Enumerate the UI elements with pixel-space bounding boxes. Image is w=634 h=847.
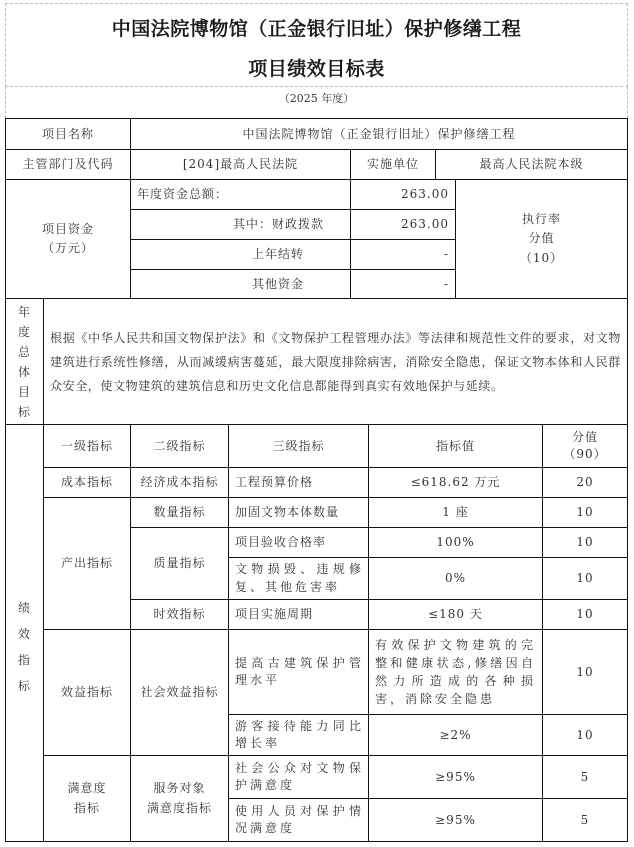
table-row-level3: 使用人员对保护情况满意度 <box>228 798 369 842</box>
impl-unit-value: 最高人民法院本级 <box>435 149 628 180</box>
cell-text: 0% <box>445 569 466 588</box>
cell-text: 1 座 <box>442 503 468 522</box>
level1-cost: 成本指标 <box>43 467 131 498</box>
label-text: 年度资金总额： <box>137 185 228 204</box>
cell-text: 10 <box>576 533 593 552</box>
header-level3: 三级指标 <box>228 424 369 468</box>
cell-text: 10 <box>576 605 593 624</box>
header-text: 一级指标 <box>61 437 113 456</box>
label-text: 项目名称 <box>42 125 94 144</box>
cell-text: 社会公众对文物保护满意度 <box>235 760 364 795</box>
impl-unit-label: 实施单位 <box>350 149 436 180</box>
header-text: 三级指标 <box>272 437 324 456</box>
table-row-score: 5 <box>542 798 628 842</box>
cell-text: 社会效益指标 <box>140 683 218 702</box>
table-row-score: 10 <box>542 599 628 630</box>
label-text: 其他资金 <box>252 275 304 294</box>
document-title: 中国法院博物馆（正金银行旧址）保护修缮工程 <box>6 14 627 41</box>
cell-text: ≥95% <box>435 811 476 830</box>
table-row-value: ≤618.62 万元 <box>368 467 543 498</box>
cell-text: 10 <box>576 503 593 522</box>
table-row-value: ≥95% <box>368 798 543 842</box>
cell-text: 文物损毁、违规修复、其他危害率 <box>235 561 364 596</box>
level1-output: 产出指标 <box>43 497 131 630</box>
document-subtitle: 项目绩效目标表 <box>6 54 627 81</box>
cell-text: ≤180 天 <box>428 605 483 624</box>
cell-text: 时效指标 <box>153 605 205 624</box>
table-row-value: ≤180 天 <box>368 599 543 630</box>
cell-text: 游客接待能力同比增长率 <box>235 718 364 753</box>
cell-text: 10 <box>576 663 593 682</box>
level1-benefit: 效益指标 <box>43 629 131 756</box>
cell-text: 项目实施周期 <box>235 605 313 624</box>
cell-text: ≥2% <box>439 726 471 745</box>
dept-label: 主管部门及代码 <box>5 149 131 180</box>
header-text: 指标值 <box>436 437 475 456</box>
header-text: 分值 <box>572 429 598 446</box>
header-level1: 一级指标 <box>43 424 131 468</box>
label-char: 总 <box>18 342 31 362</box>
table-row-level3: 文物损毁、违规修复、其他危害率 <box>228 557 369 600</box>
annual-goal-text: 根据《中华人民共和国文物保护法》和《文物保护工程管理办法》等法律和规范性文件的要… <box>43 298 628 425</box>
header-total: （90） <box>563 446 606 463</box>
funds-other-value: - <box>350 269 456 299</box>
level2-economic-cost: 经济成本指标 <box>130 467 229 498</box>
table-row-value: 有效保护文物建筑的完整和健康状态,修缮因自然力所造成的各种损害，消除安全隐患 <box>368 629 543 715</box>
funds-fiscal-label: 其中：财政拨款 <box>130 209 351 240</box>
cell-text: ≥95% <box>435 768 476 787</box>
cell-text: 质量指标 <box>153 554 205 573</box>
cell-text: 项目验收合格率 <box>235 533 326 552</box>
title-box: 中国法院博物馆（正金银行旧址）保护修缮工程 项目绩效目标表 <box>5 3 628 87</box>
cell-text: 满意度指标 <box>147 799 212 818</box>
cell-text: 产出指标 <box>61 554 113 573</box>
cell-text: 有效保护文物建筑的完整和健康状态,修缮因自然力所造成的各种损害，消除安全隐患 <box>375 636 536 708</box>
performance-label: 绩 效 指 标 <box>5 424 44 842</box>
funds-total-label: 年度资金总额： <box>130 179 351 210</box>
header-level2: 二级指标 <box>130 424 229 468</box>
table-row-level3: 加固文物本体数量 <box>228 497 369 528</box>
cell-text: 成本指标 <box>61 473 113 492</box>
funds-fiscal-value: 263.00 <box>350 209 456 240</box>
project-name-label: 项目名称 <box>5 118 131 150</box>
table-row-score: 10 <box>542 527 628 558</box>
table-row-value: 1 座 <box>368 497 543 528</box>
label-char: 体 <box>18 362 31 382</box>
score-value: （10） <box>520 249 563 268</box>
header-score: 分值 （90） <box>542 424 628 468</box>
label-char: 目 <box>18 382 31 402</box>
annual-goal-label: 年 度 总 体 目 标 <box>5 298 44 425</box>
value-text: 263.00 <box>401 215 449 234</box>
label-char: 效 <box>18 621 31 647</box>
cell-text: 5 <box>581 811 590 830</box>
table-row-score: 10 <box>542 629 628 715</box>
cell-text: 指标 <box>74 799 100 818</box>
funds-carryover-value: - <box>350 239 456 270</box>
dept-value: [204]最高人民法院 <box>130 149 351 180</box>
value-text: - <box>444 245 449 264</box>
label-char: 指 <box>18 647 31 673</box>
cell-text: 效益指标 <box>61 683 113 702</box>
level1-satisfaction: 满意度 指标 <box>43 755 131 842</box>
table-row-level3: 项目验收合格率 <box>228 527 369 558</box>
table-row-level3: 工程预算价格 <box>228 467 369 498</box>
value-text: [204]最高人民法院 <box>183 155 298 174</box>
value-text: - <box>444 275 449 294</box>
table-row-score: 10 <box>542 714 628 756</box>
table-row-level3: 提高古建筑保护管理水平 <box>228 629 369 715</box>
cell-text: 10 <box>576 726 593 745</box>
cell-text: 提高古建筑保护管理水平 <box>235 655 364 690</box>
table-row-level3: 社会公众对文物保护满意度 <box>228 755 369 799</box>
table-row-score: 20 <box>542 467 628 498</box>
label-char: 绩 <box>18 595 31 621</box>
label-text: 上年结转 <box>252 245 304 264</box>
year-box: （2025 年度） <box>5 87 628 118</box>
value-text: 263.00 <box>401 185 449 204</box>
cell-text: 满意度 <box>67 779 106 798</box>
exec-rate-label: 执行率 <box>522 210 561 229</box>
funds-label: 项目资金 （万元） <box>5 179 131 299</box>
project-name-value: 中国法院博物馆（正金银行旧址）保护修缮工程 <box>130 118 628 150</box>
funds-carryover-label: 上年结转 <box>130 239 351 270</box>
cell-text: 5 <box>581 768 590 787</box>
label-char: 度 <box>18 322 31 342</box>
table-row-value: ≥95% <box>368 755 543 799</box>
table-row-level3: 游客接待能力同比增长率 <box>228 714 369 756</box>
level2-service-satisfaction: 服务对象 满意度指标 <box>130 755 229 842</box>
cell-text: 经济成本指标 <box>140 473 218 492</box>
table-row-value: ≥2% <box>368 714 543 756</box>
label-char: 标 <box>18 673 31 699</box>
score-label: 分值 <box>528 229 554 248</box>
value-text: 最高人民法院本级 <box>479 155 583 174</box>
value-text: 中国法院博物馆（正金银行旧址）保护修缮工程 <box>242 125 515 144</box>
level2-timeliness: 时效指标 <box>130 599 229 630</box>
goal-text: 根据《中华人民共和国文物保护法》和《文物保护工程管理办法》等法律和规范性文件的要… <box>50 326 621 398</box>
cell-text: 数量指标 <box>153 503 205 522</box>
cell-text: 100% <box>436 533 474 552</box>
exec-rate-score: 执行率 分值 （10） <box>455 179 628 299</box>
level2-quantity: 数量指标 <box>130 497 229 528</box>
cell-text: 20 <box>576 473 593 492</box>
cell-text: 使用人员对保护情况满意度 <box>235 803 364 838</box>
level2-social-benefit: 社会效益指标 <box>130 629 229 756</box>
funds-other-label: 其他资金 <box>130 269 351 299</box>
table-row-score: 10 <box>542 497 628 528</box>
label-text: 实施单位 <box>367 155 419 174</box>
cell-text: 10 <box>576 569 593 588</box>
cell-text: 工程预算价格 <box>235 473 313 492</box>
level2-quality: 质量指标 <box>130 527 229 600</box>
table-row-score: 10 <box>542 557 628 600</box>
label-text: 其中：财政拨款 <box>233 215 324 234</box>
table-row-value: 0% <box>368 557 543 600</box>
label-text: 主管部门及代码 <box>22 155 113 174</box>
header-value: 指标值 <box>368 424 543 468</box>
cell-text: 服务对象 <box>153 779 205 798</box>
header-text: 二级指标 <box>153 437 205 456</box>
cell-text: ≤618.62 万元 <box>411 473 501 492</box>
label-unit: （万元） <box>42 239 94 258</box>
table-row-value: 100% <box>368 527 543 558</box>
fiscal-year: （2025 年度） <box>6 90 627 106</box>
label-char: 标 <box>18 402 31 422</box>
table-row-level3: 项目实施周期 <box>228 599 369 630</box>
label-char: 年 <box>18 302 31 322</box>
table-row-score: 5 <box>542 755 628 799</box>
label-text: 项目资金 <box>42 220 94 239</box>
cell-text: 加固文物本体数量 <box>235 503 339 522</box>
funds-total-value: 263.00 <box>350 179 456 210</box>
